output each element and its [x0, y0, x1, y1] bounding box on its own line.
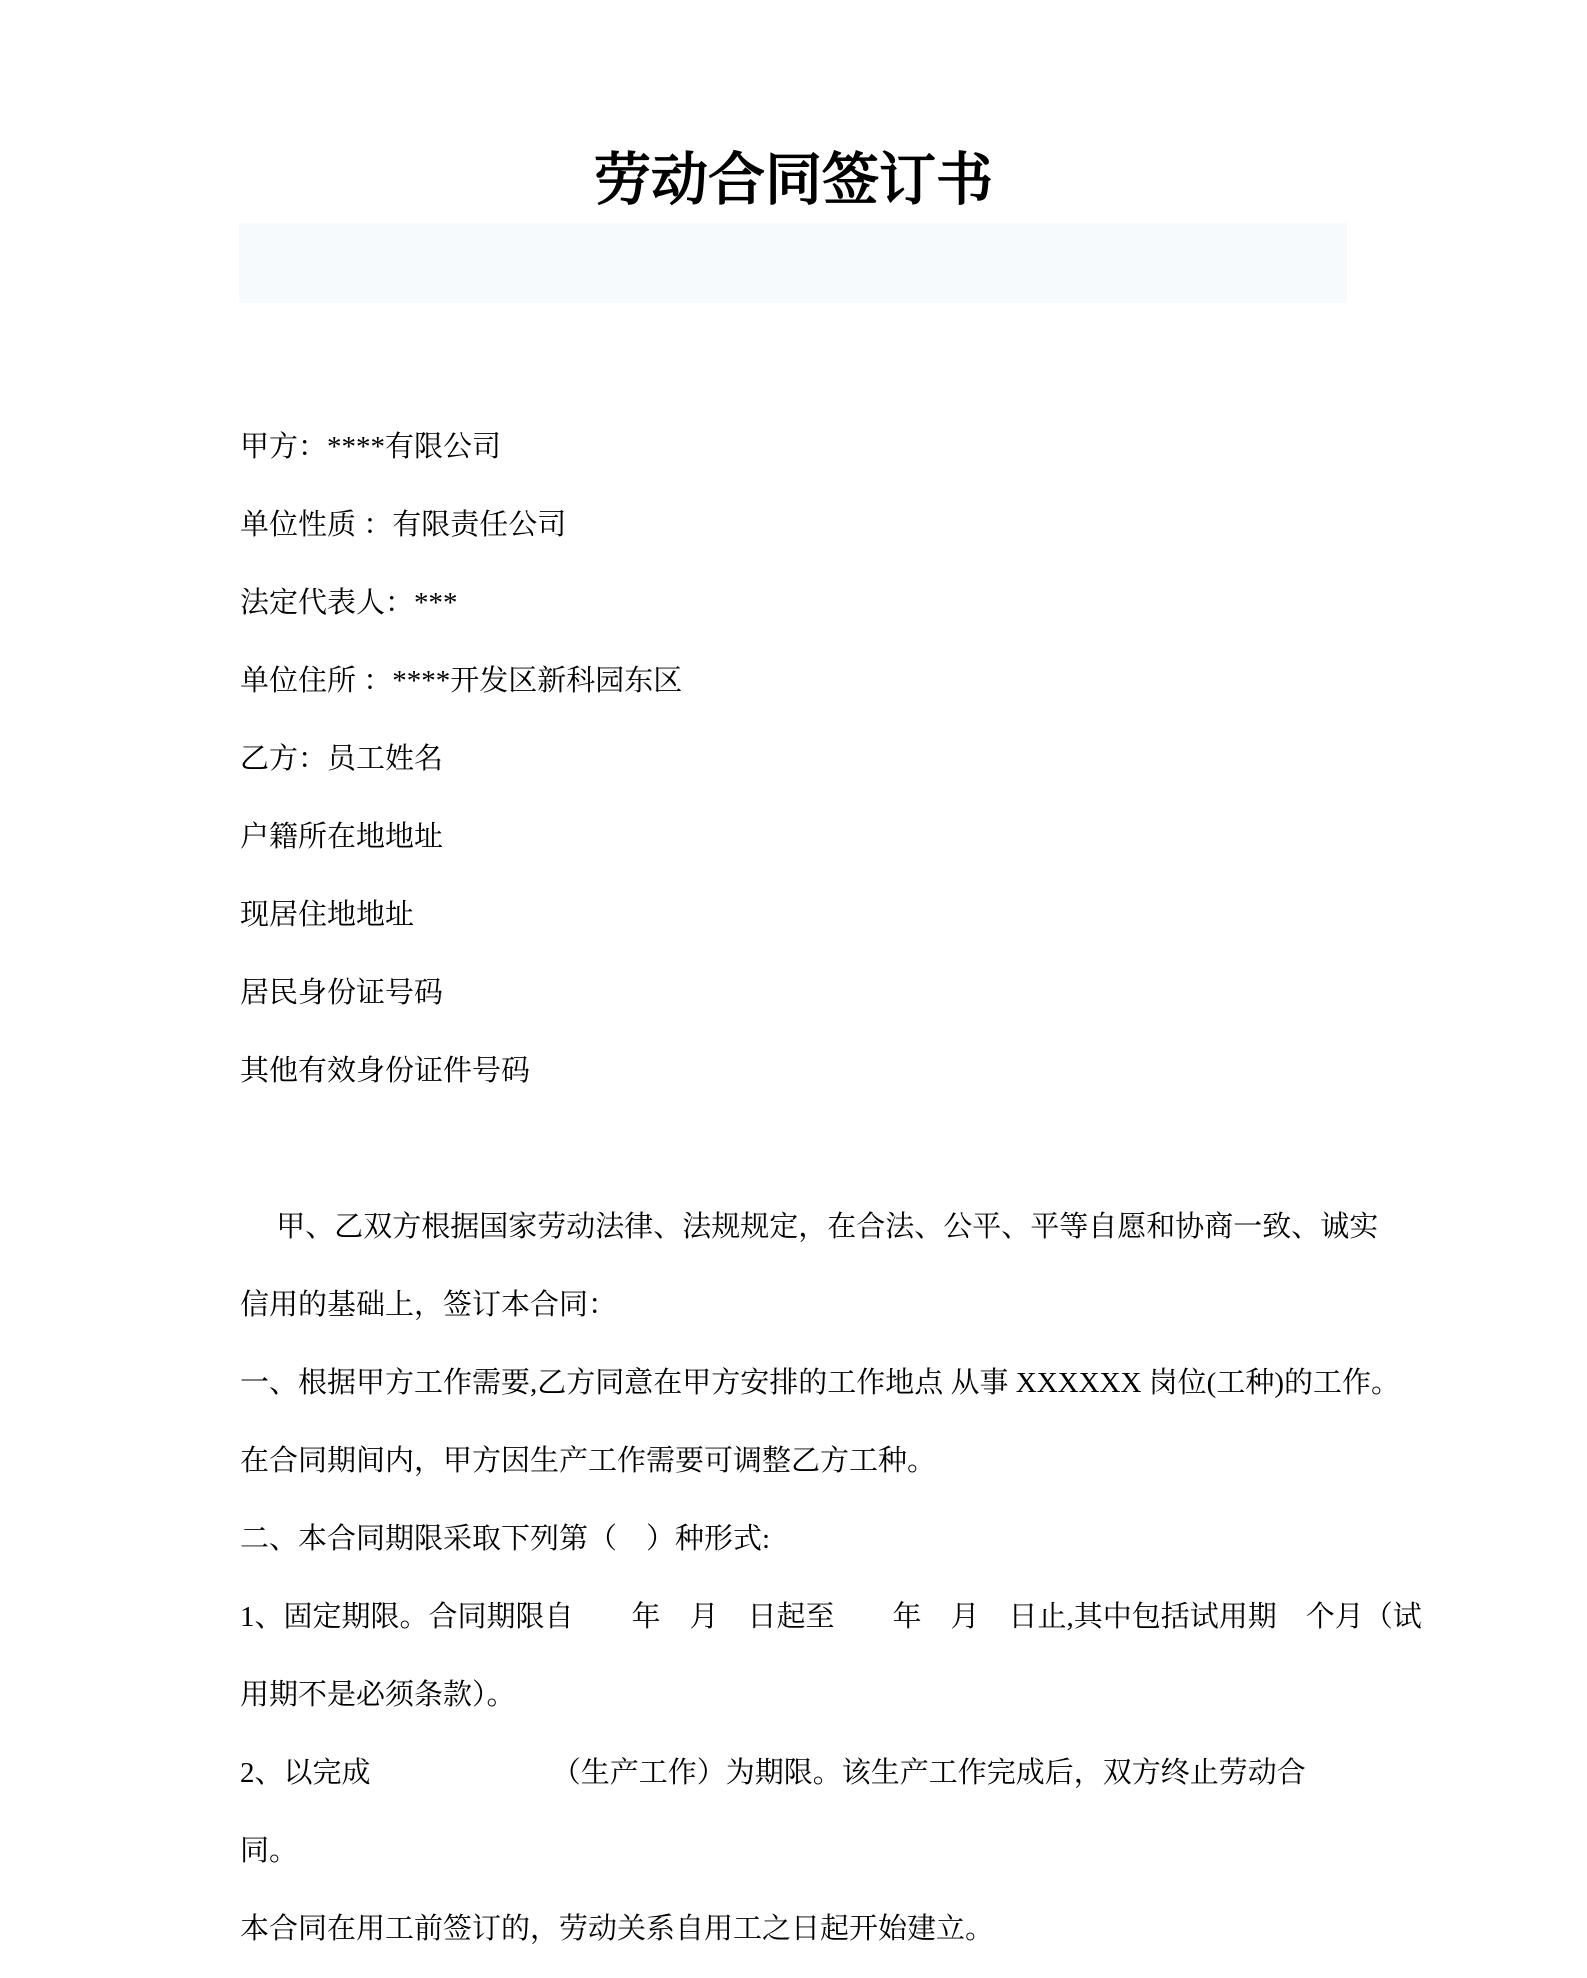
document-line: 甲、乙双方根据国家劳动法律、法规规定，在合法、公平、平等自愿和协商一致、诚实 [240, 1188, 1347, 1266]
document-line: 1、固定期限。合同期限自 年 月 日起至 年 月 日止,其中包括试用期 个月（试 [240, 1578, 1347, 1656]
document-line: 同。 [240, 1812, 1347, 1890]
document-line: 在合同期间内，甲方因生产工作需要可调整乙方工种。 [240, 1422, 1347, 1500]
document-line: 法定代表人：*** [240, 564, 1347, 642]
document-line: 本合同在用工前签订的，劳动关系自用工之日起开始建立。 [240, 1890, 1347, 1968]
document-line: 居民身份证号码 [240, 954, 1347, 1032]
contract-clauses-section: 甲、乙双方根据国家劳动法律、法规规定，在合法、公平、平等自愿和协商一致、诚实信用… [240, 1188, 1347, 1968]
document-line: 用期不是必须条款）。 [240, 1656, 1347, 1734]
document-line: 单位住所 ：****开发区新科园东区 [240, 642, 1347, 720]
highlight-banner [239, 223, 1347, 303]
document-line: 一、根据甲方工作需要,乙方同意在甲方安排的工作地点 从事 XXXXXX 岗位(工… [240, 1344, 1347, 1422]
document-line: 二、本合同期限采取下列第（ ）种形式: [240, 1500, 1347, 1578]
document-line: 乙方：员工姓名 [240, 720, 1347, 798]
document-line: 2、以完成 （生产工作）为期限。该生产工作完成后，双方终止劳动合 [240, 1734, 1347, 1812]
document-title: 劳动合同签订书 [240, 146, 1347, 214]
document-line: 单位性质 ：有限责任公司 [240, 486, 1347, 564]
document-line: 甲方：****有限公司 [240, 408, 1347, 486]
document-line: 其他有效身份证件号码 [240, 1032, 1347, 1110]
document-line: 户籍所在地地址 [240, 798, 1347, 876]
party-info-section: 甲方：****有限公司单位性质 ：有限责任公司法定代表人：***单位住所 ：**… [240, 408, 1347, 1110]
contract-document: 劳动合同签订书 甲方：****有限公司单位性质 ：有限责任公司法定代表人：***… [0, 0, 1587, 1978]
document-line: 现居住地地址 [240, 876, 1347, 954]
document-line: 信用的基础上，签订本合同： [240, 1266, 1347, 1344]
